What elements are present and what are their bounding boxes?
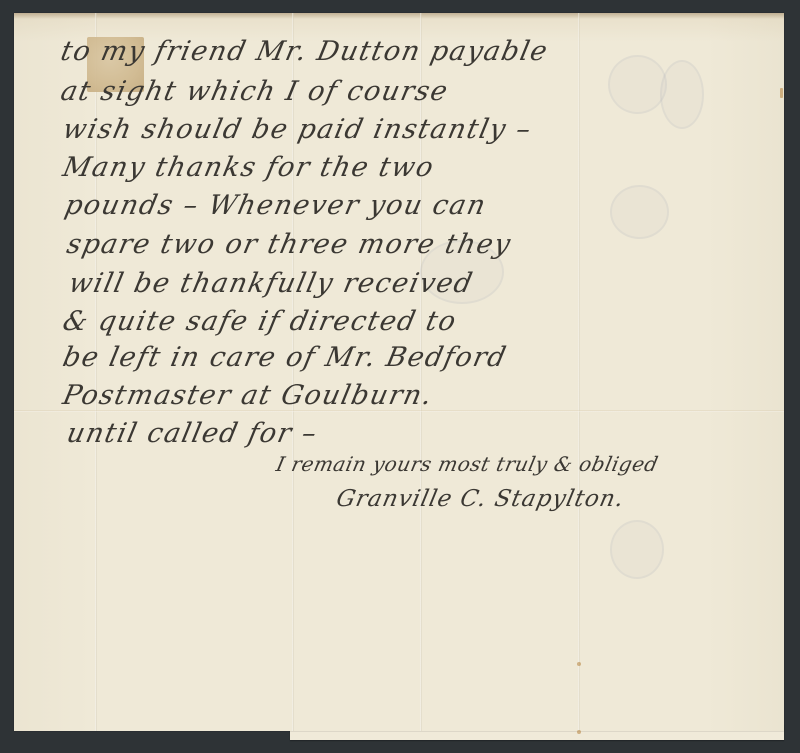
letter-line: will be thankfully received [66,268,476,299]
paper-top-edge-stain [14,13,784,19]
paper-spot [577,730,581,734]
bleed-through-stamp [610,520,664,579]
letter-line: spare two or three more they [64,229,514,260]
fold-line-vertical [578,13,580,731]
letter-line: be left in care of Mr. Bedford [60,342,510,373]
letter-line: wish should be paid instantly – [60,114,535,145]
letter-line: Postmaster at Goulburn. [60,380,436,411]
scanned-letter: to my friend Mr. Dutton payable at sight… [0,0,800,753]
letter-line: Many thanks for the two [60,152,437,183]
letter-line: to my friend Mr. Dutton payable [58,36,551,67]
bleed-through-stamp [660,60,704,129]
letter-line: & quite safe if directed to [60,306,460,337]
paper-spot [780,88,783,98]
paper-spot [577,662,581,666]
bleed-through-stamp [610,185,669,239]
letter-line: at sight which I of course [58,76,452,107]
bleed-through-stamp [608,55,667,114]
letter-line: until called for – [64,418,321,449]
letter-signature: Granville C. Stapylton. [334,486,627,512]
letter-closing: I remain yours most truly & obliged [274,452,661,476]
letter-line: pounds – Whenever you can [62,190,490,221]
